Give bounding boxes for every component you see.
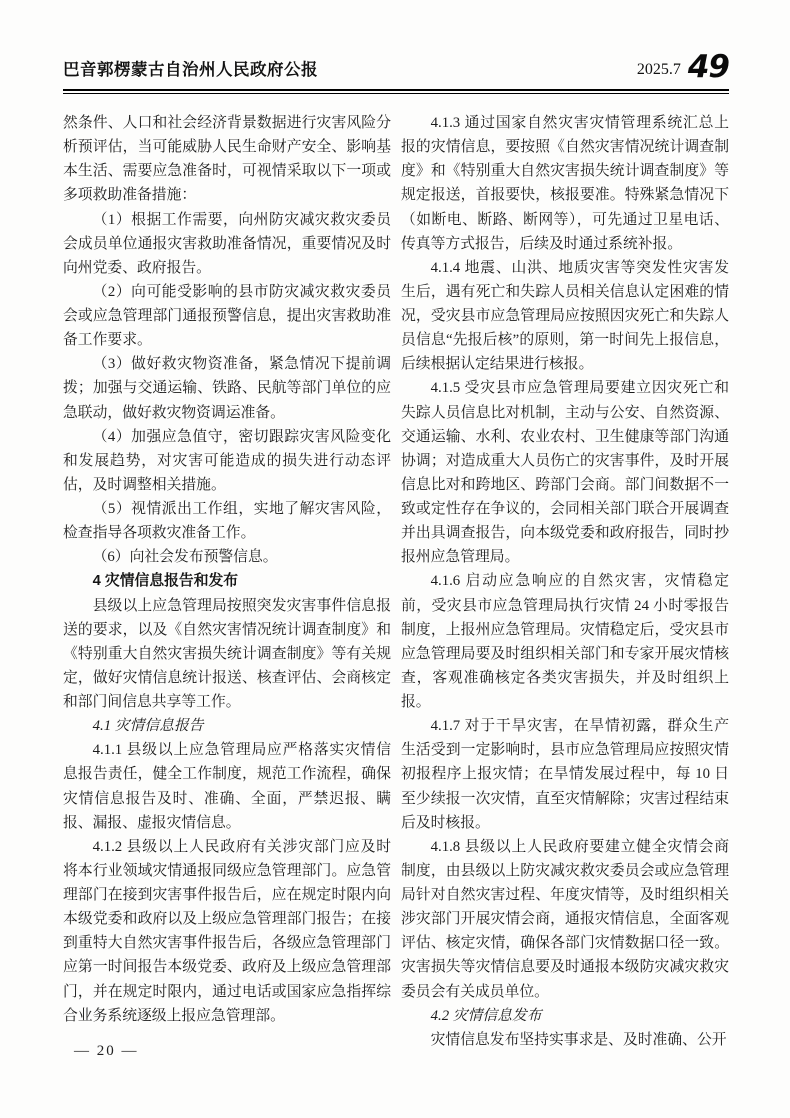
issue-number: 49: [688, 54, 729, 80]
paragraph: 4.1.8 县级以上人民政府要建立健全灾情会商制度，由县级以上防灾减灾救灾委员会…: [401, 835, 729, 1004]
subsection-heading: 4.1 灾情信息报告: [63, 714, 391, 738]
gazette-title: 巴音郭楞蒙古自治州人民政府公报: [63, 56, 318, 80]
paragraph: （6）向社会发布预警信息。: [63, 545, 391, 569]
subsection-heading: 4.2 灾情信息发布: [401, 1004, 729, 1028]
paragraph: （3）做好救灾物资准备，紧急情况下提前调拨；加强与交通运输、铁路、民航等部门单位…: [63, 352, 391, 424]
right-column: 4.1.3 通过国家自然灾害灾情管理系统汇总上报的灾情信息，要按照《自然灾害情况…: [401, 111, 729, 1052]
issue-info: 2025.7 49: [637, 54, 729, 80]
paragraph: （1）根据工作需要，向州防灾减灾救灾委员会成员单位通报灾害救助准备情况，重要情况…: [63, 208, 391, 280]
paragraph: 4.1.1 县级以上应急管理局应严格落实灾情信息报告责任，健全工作制度，规范工作…: [63, 738, 391, 835]
section-heading: 4 灾情信息报告和发布: [63, 569, 391, 593]
paragraph: 4.1.6 启动应急响应的自然灾害，灾情稳定前，受灾县市应急管理局执行灾情 24…: [401, 569, 729, 714]
paragraph: 灾情信息发布坚持实事求是、及时准确、公开: [401, 1028, 729, 1052]
paragraph: 4.1.4 地震、山洪、地质灾害等突发性灾害发生后，遇有死亡和失踪人员相关信息认…: [401, 256, 729, 377]
page-number: — 20 —: [74, 1043, 139, 1060]
issue-date: 2025.7: [637, 61, 681, 80]
paragraph: （5）视情派出工作组，实地了解灾害风险，检查指导各项救灾准备工作。: [63, 497, 391, 545]
paragraph: 4.1.2 县级以上人民政府有关涉灾部门应及时将本行业领域灾情通报同级应急管理部…: [63, 835, 391, 1028]
paragraph: 4.1.5 受灾县市应急管理局要建立因灾死亡和失踪人员信息比对机制，主动与公安、…: [401, 376, 729, 569]
document-body: 然条件、人口和社会经济背景数据进行灾害风险分析预评估，当可能威胁人民生命财产安全…: [63, 111, 729, 1052]
paragraph: 4.1.7 对于干旱灾害，在旱情初露，群众生产生活受到一定影响时，县市应急管理局…: [401, 714, 729, 835]
paragraph: （4）加强应急值守，密切跟踪灾害风险变化和发展趋势，对灾害可能造成的损失进行动态…: [63, 425, 391, 497]
paragraph: （2）向可能受影响的县市防灾减灾救灾委员会或应急管理部门通报预警信息，提出灾害救…: [63, 280, 391, 352]
page-header: 巴音郭楞蒙古自治州人民政府公报 2025.7 49: [63, 54, 729, 80]
left-column: 然条件、人口和社会经济背景数据进行灾害风险分析预评估，当可能威胁人民生命财产安全…: [63, 111, 391, 1052]
paragraph: 4.1.3 通过国家自然灾害灾情管理系统汇总上报的灾情信息，要按照《自然灾害情况…: [401, 111, 729, 256]
continued-paragraph: 然条件、人口和社会经济背景数据进行灾害风险分析预评估，当可能威胁人民生命财产安全…: [63, 111, 391, 208]
gazette-page: 巴音郭楞蒙古自治州人民政府公报 2025.7 49 然条件、人口和社会经济背景数…: [0, 0, 790, 1118]
header-divider: [63, 89, 729, 94]
paragraph: 县级以上应急管理局按照突发灾害事件信息报送的要求，以及《自然灾害情况统计调查制度…: [63, 594, 391, 715]
